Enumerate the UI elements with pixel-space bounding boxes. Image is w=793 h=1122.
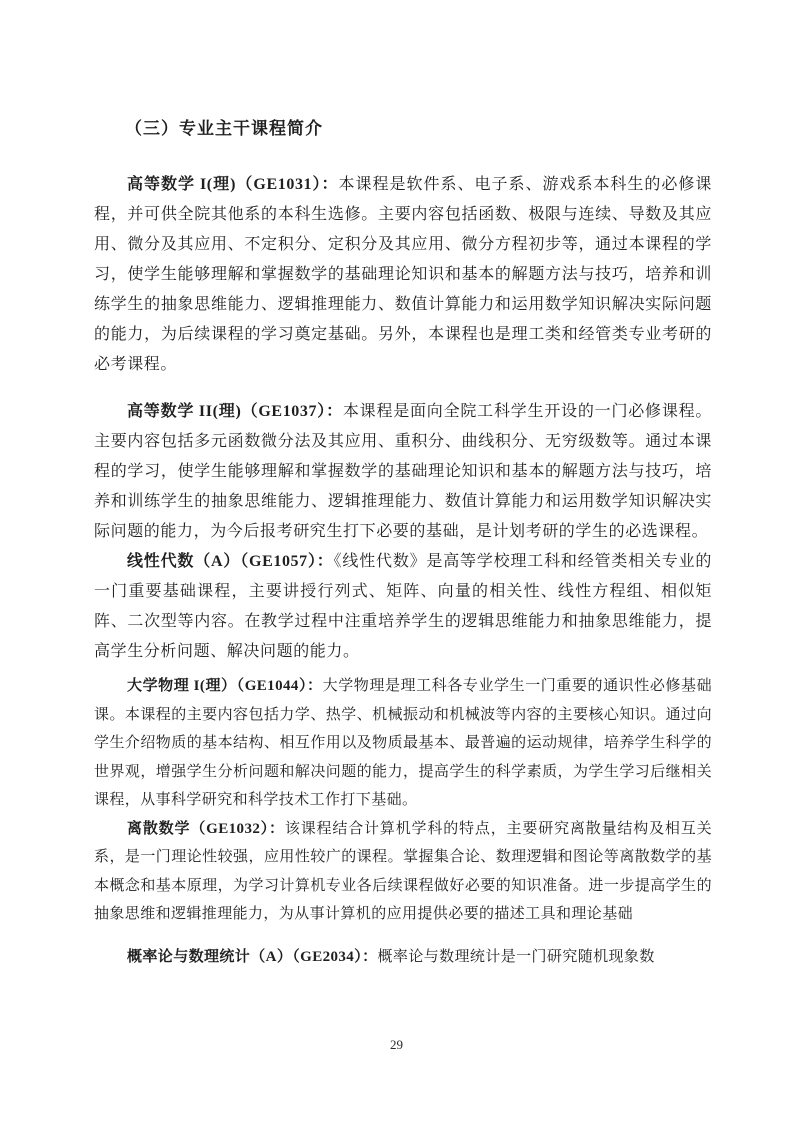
course-college-physics-title: 大学物理 I(理）（GE1044）： [127,678,323,694]
course-college-physics: 大学物理 I(理）（GE1044）：大学物理是理工科各专业学生一门重要的通识性必… [94,672,712,815]
course-advanced-math-1-title: 高等数学 I(理)（GE1031）： [127,176,339,193]
page-number: 29 [0,1036,793,1054]
page-content: （三）专业主干课程简介 高等数学 I(理)（GE1031）：本课程是软件系、电子… [94,118,712,971]
course-discrete-math-title: 离散数学（GE1032）： [127,821,285,837]
course-discrete-math: 离散数学（GE1032）：该课程结合计算机学科的特点，主要研究离散量结构及相互关… [94,815,712,929]
section-heading: （三）专业主干课程简介 [94,118,712,140]
course-advanced-math-1: 高等数学 I(理)（GE1031）：本课程是软件系、电子系、游戏系本科生的必修课… [94,170,712,380]
course-advanced-math-2-description: 本课程是面向全院工科学生开设的一门必修课程。主要内容包括多元函数微分法及其应用、… [94,403,712,540]
course-advanced-math-2: 高等数学 II(理)（GE1037）：本课程是面向全院工科学生开设的一门必修课程… [94,397,712,547]
course-college-physics-description: 大学物理是理工科各专业学生一门重要的通识性必修基础课。本课程的主要内容包括力学、… [94,678,712,808]
course-linear-algebra-title: 线性代数（A）（GE1057）： [127,553,334,570]
course-probability-statistics-title: 概率论与数理统计（A）（GE2034）： [127,949,378,965]
course-advanced-math-1-description: 本课程是软件系、电子系、游戏系本科生的必修课程，并可供全院其他系的本科生选修。主… [94,176,712,373]
course-probability-statistics-description: 概率论与数理统计是一门研究随机现象数 [378,949,655,965]
document-page: （三）专业主干课程简介 高等数学 I(理)（GE1031）：本课程是软件系、电子… [0,0,793,1122]
course-advanced-math-2-title: 高等数学 II(理)（GE1037）： [127,403,343,420]
course-probability-statistics: 概率论与数理统计（A）（GE2034）：概率论与数理统计是一门研究随机现象数 [94,943,712,972]
course-linear-algebra: 线性代数（A）（GE1057）：《线性代数》是高等学校理工科和经管类相关专业的一… [94,547,712,667]
